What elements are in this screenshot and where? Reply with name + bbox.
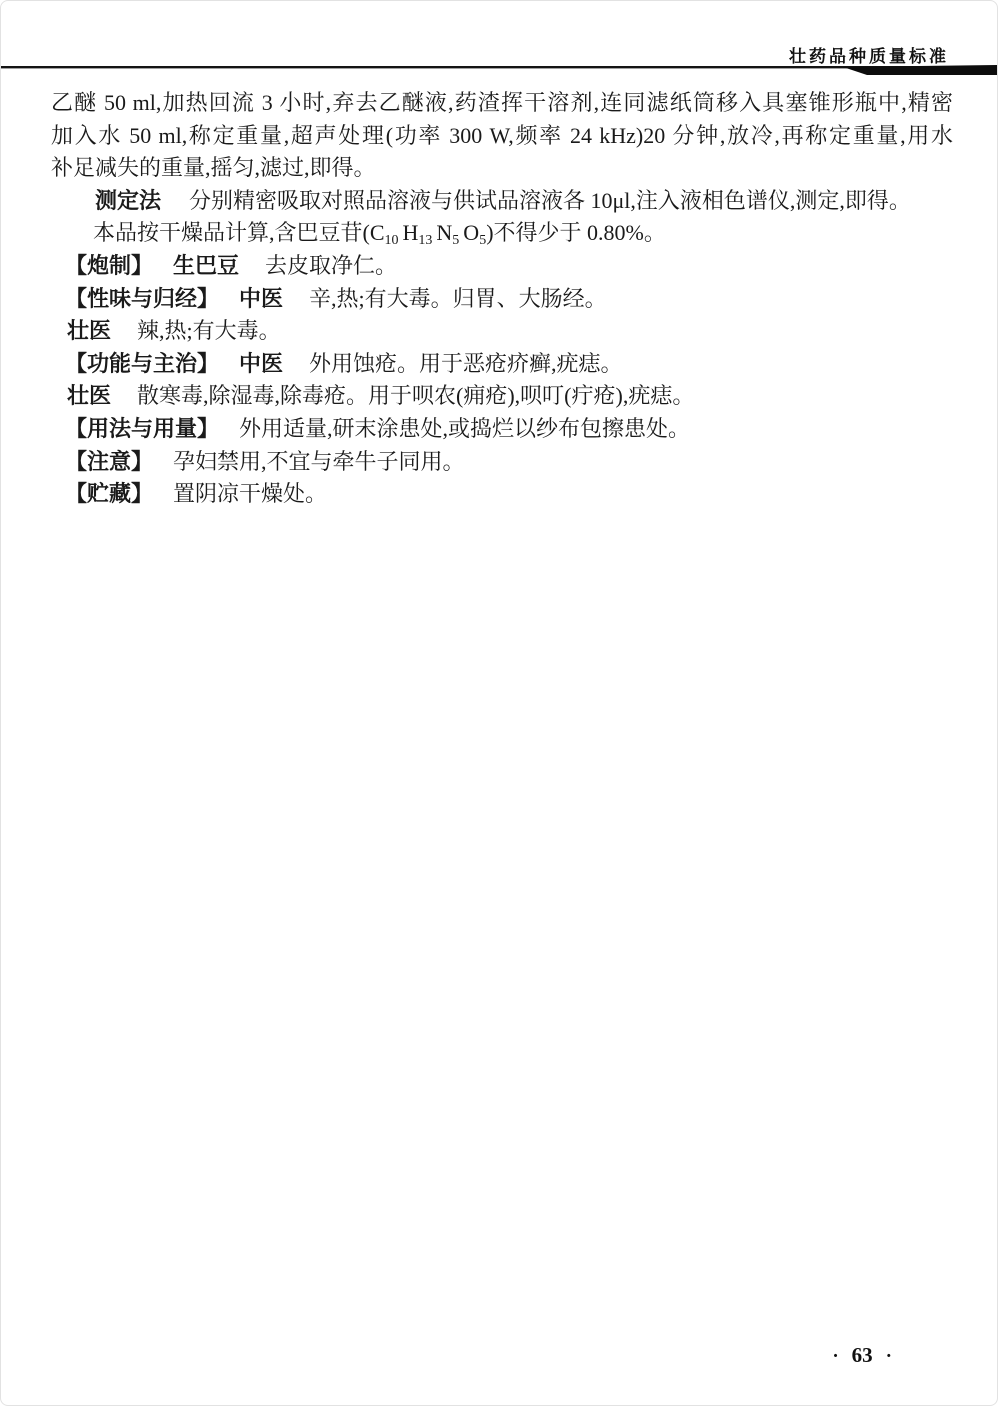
document-page: 壮药品种质量标准 乙醚 50 ml,加热回流 3 小时,弃去乙醚液,药渣挥干溶剂…	[0, 0, 998, 1406]
section-label: 【功能与主治】	[65, 351, 219, 376]
section-subject: 壮医	[67, 318, 111, 343]
formula-element: H	[403, 220, 419, 245]
content-limit-line: 本品按干燥品计算,含巴豆苷(C10H13N5O5)不得少于 0.80%。	[93, 217, 953, 250]
section-subject: 生巴豆	[173, 253, 239, 278]
section-gongneng-zhuzhi: 【功能与主治】中医外用蚀疮。用于恶疮疥癣,疣痣。	[65, 348, 953, 381]
page-number-dot-right: ·	[886, 1346, 892, 1367]
section-text: 辣,热;有大毒。	[137, 318, 281, 343]
document-body: 乙醚 50 ml,加热回流 3 小时,弃去乙醚液,药渣挥干溶剂,连同滤纸筒移入具…	[51, 87, 953, 511]
header-rule	[1, 64, 998, 77]
section-subject: 壮医	[67, 383, 111, 408]
section-zhuangyi-gongneng: 壮医散寒毒,除湿毒,除毒疮。用于呗农(痈疮),呗叮(疔疮),疣痣。	[67, 380, 953, 413]
page-number-value: 63	[852, 1343, 873, 1367]
paragraph-line: 乙醚 50 ml,加热回流 3 小时,弃去乙醚液,药渣挥干溶剂,连同滤纸筒移入具…	[51, 87, 953, 120]
section-subject: 中医	[239, 351, 283, 376]
formula-subscript: 13	[418, 233, 432, 248]
section-label: 【炮制】	[65, 253, 153, 278]
formula-element: O	[463, 220, 479, 245]
section-zhuangyi-xingwei: 壮医辣,热;有大毒。	[67, 315, 953, 348]
section-label: 【性味与归经】	[65, 286, 219, 311]
formula-element: N	[436, 220, 452, 245]
section-text: 孕妇禁用,不宜与牵牛子同用。	[173, 449, 465, 474]
paragraph-line: 补足减失的重量,摇匀,滤过,即得。	[51, 152, 953, 185]
section-text: 散寒毒,除湿毒,除毒疮。用于呗农(痈疮),呗叮(疔疮),疣痣。	[137, 383, 694, 408]
section-label: 【用法与用量】	[65, 416, 219, 441]
formula-subscript: 5	[452, 233, 459, 248]
section-text: 去皮取净仁。	[265, 253, 397, 278]
paragraph-line: 加入水 50 ml,称定重量,超声处理(功率 300 W,频率 24 kHz)2…	[51, 120, 953, 153]
section-xingwei-guijing: 【性味与归经】中医辛,热;有大毒。归胃、大肠经。	[65, 283, 953, 316]
section-label: 【贮藏】	[65, 481, 153, 506]
assay-method-text: 分别精密吸取对照品溶液与供试品溶液各 10μl,注入液相色谱仪,测定,即得。	[189, 188, 911, 213]
section-zhucang: 【贮藏】置阴凉干燥处。	[65, 478, 953, 511]
section-text: 外用适量,研末涂患处,或捣烂以纱布包擦患处。	[239, 416, 690, 441]
assay-method-line: 测定法分别精密吸取对照品溶液与供试品溶液各 10μl,注入液相色谱仪,测定,即得…	[95, 185, 953, 218]
section-subject: 中医	[239, 286, 283, 311]
section-zhuyi: 【注意】孕妇禁用,不宜与牵牛子同用。	[65, 446, 953, 479]
section-label: 【注意】	[65, 449, 153, 474]
limit-prefix: 本品按干燥品计算,含巴豆苷(C	[93, 220, 385, 245]
section-text: 辛,热;有大毒。归胃、大肠经。	[309, 286, 607, 311]
page-number: ·63·	[819, 1343, 905, 1368]
section-text: 外用蚀疮。用于恶疮疥癣,疣痣。	[309, 351, 623, 376]
limit-suffix: )不得少于 0.80%。	[486, 220, 666, 245]
section-text: 置阴凉干燥处。	[173, 481, 327, 506]
formula-subscript: 10	[385, 233, 399, 248]
page-number-dot-left: ·	[832, 1346, 838, 1367]
assay-method-label: 测定法	[95, 188, 161, 213]
section-yongfa-yongliang: 【用法与用量】外用适量,研末涂患处,或捣烂以纱布包擦患处。	[65, 413, 953, 446]
section-paozhi: 【炮制】生巴豆去皮取净仁。	[65, 250, 953, 283]
